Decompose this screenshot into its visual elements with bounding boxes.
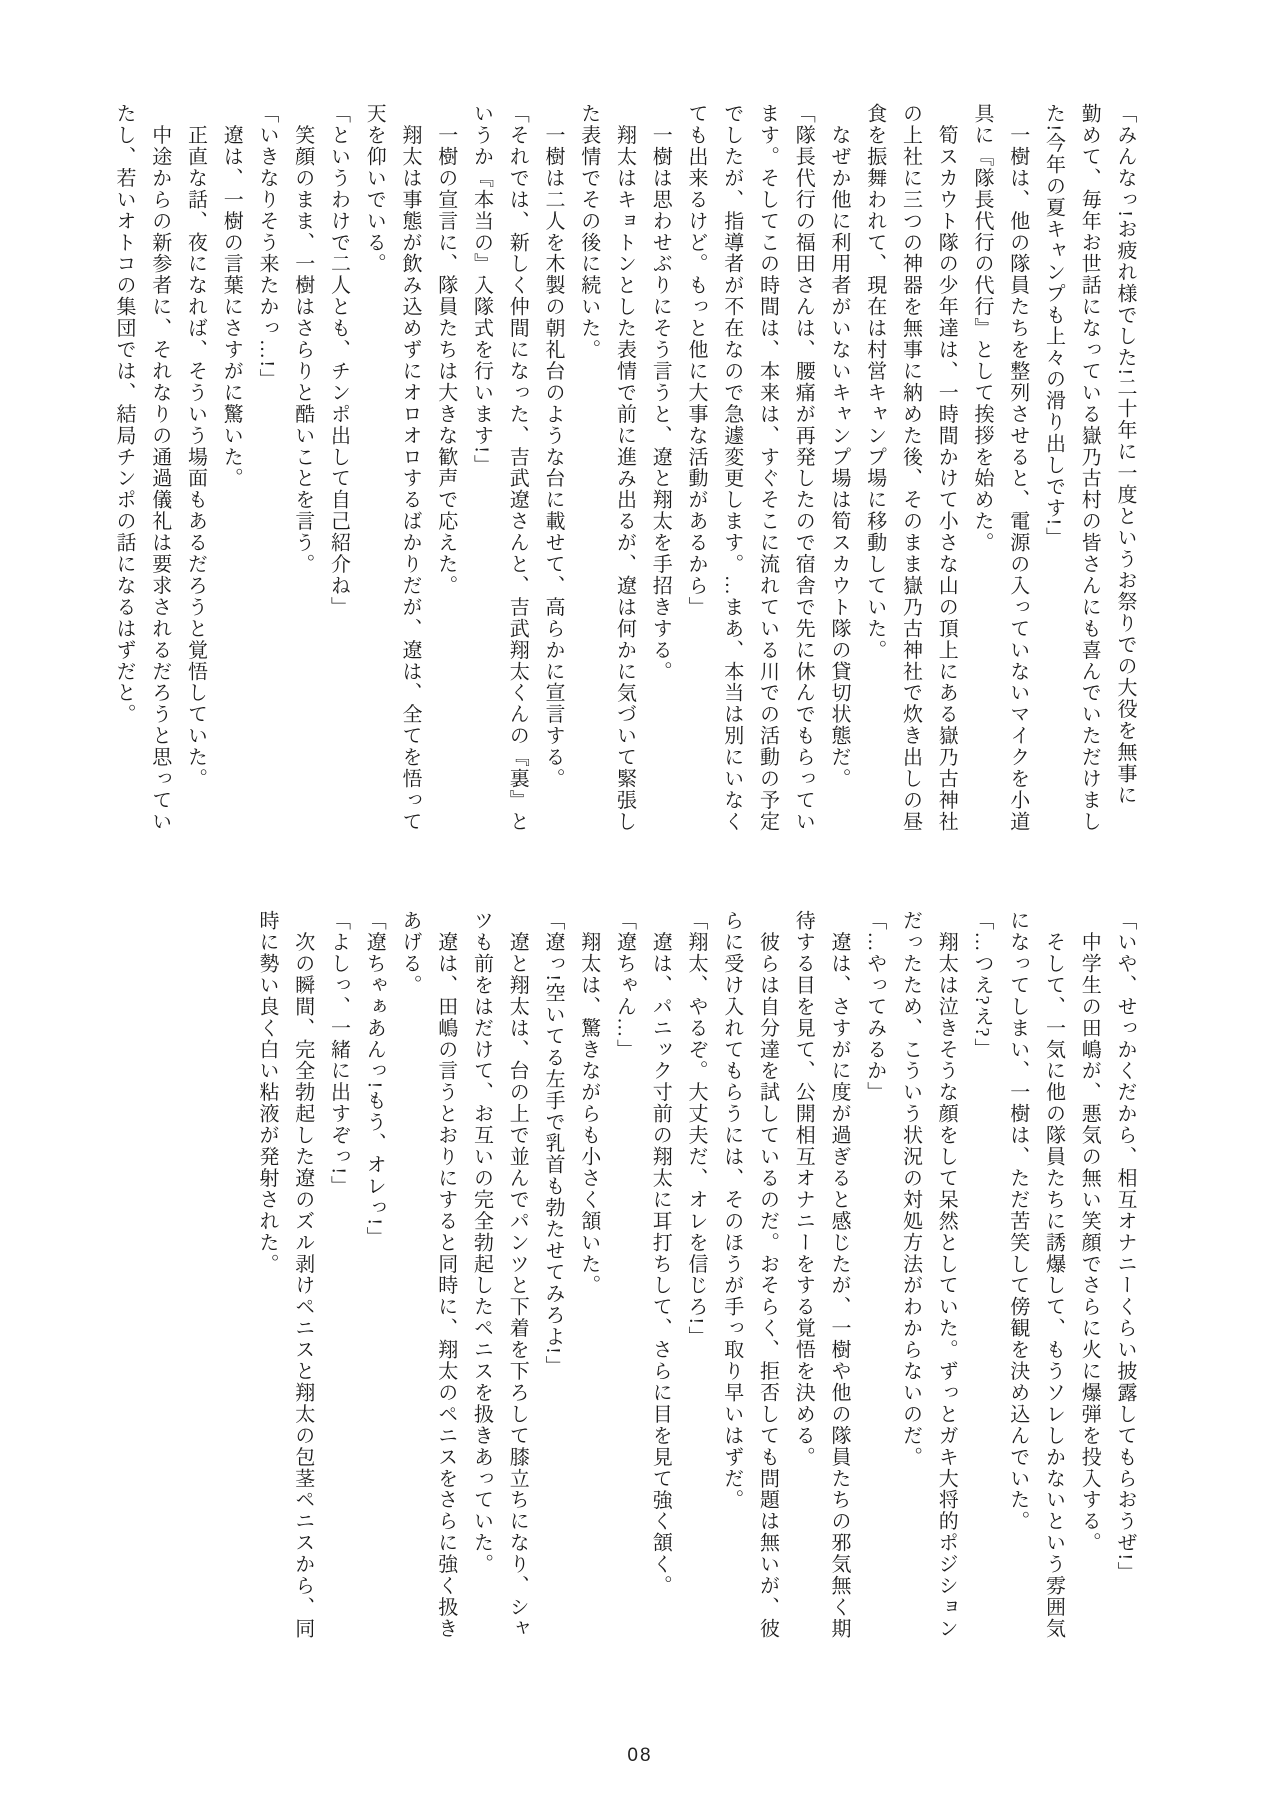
text-block-bottom: 「いや、せっかくだから、相互オナニーくらい披露してもらおうぜ!」 中学生の田嶋が…	[248, 910, 1142, 1662]
text-block-top: 「みんなっ!お疲れ様でした!二十年に一度というお祭りでの大役を無事に 勤めて、毎…	[105, 103, 1142, 855]
page: { "document": { "language": "ja", "writi…	[0, 0, 1280, 1807]
page-number: 08	[627, 1745, 652, 1767]
